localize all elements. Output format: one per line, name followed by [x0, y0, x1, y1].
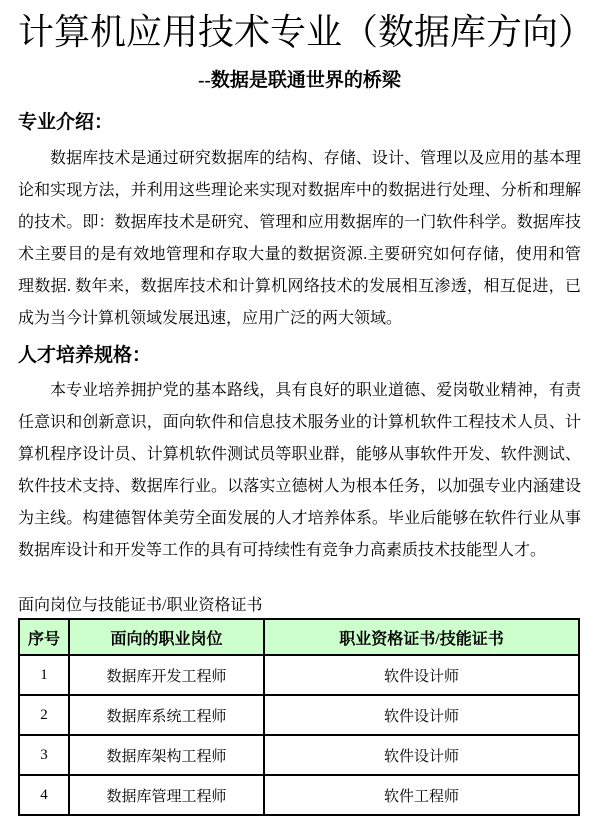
cell-job: 数据库架构工程师 [69, 735, 264, 775]
cell-index: 3 [19, 735, 69, 775]
section-heading-training: 人才培养规格： [18, 343, 581, 369]
page-subtitle: --数据是联通世界的桥梁 [18, 68, 581, 94]
jobs-certificates-table: 序号 面向的职业岗位 职业资格证书/技能证书 1 数据库开发工程师 软件设计师 … [18, 618, 580, 816]
cell-job: 数据库管理工程师 [69, 775, 264, 815]
cell-certificate: 软件设计师 [264, 735, 579, 775]
table-header-row: 序号 面向的职业岗位 职业资格证书/技能证书 [19, 619, 579, 655]
header-cell-certificate: 职业资格证书/技能证书 [264, 619, 579, 655]
cell-certificate: 软件设计师 [264, 695, 579, 735]
cell-index: 1 [19, 655, 69, 695]
header-cell-index: 序号 [19, 619, 69, 655]
table-row: 1 数据库开发工程师 软件设计师 [19, 655, 579, 695]
table-row: 2 数据库系统工程师 软件设计师 [19, 695, 579, 735]
page-title: 计算机应用技术专业（数据库方向） [18, 8, 581, 56]
section-heading-intro: 专业介绍： [18, 110, 581, 136]
document-page: 计算机应用技术专业（数据库方向） --数据是联通世界的桥梁 专业介绍： 数据库技… [0, 0, 599, 828]
cell-job: 数据库系统工程师 [69, 695, 264, 735]
cell-index: 4 [19, 775, 69, 815]
jobs-table-caption: 面向岗位与技能证书/职业资格证书 [18, 595, 581, 617]
table-row: 4 数据库管理工程师 软件工程师 [19, 775, 579, 815]
intro-paragraph: 数据库技术是通过研究数据库的结构、存储、设计、管理以及应用的基本理论和实现方法，… [18, 143, 581, 335]
cell-job: 数据库开发工程师 [69, 655, 264, 695]
cell-certificate: 软件设计师 [264, 655, 579, 695]
training-paragraph: 本专业培养拥护党的基本路线，具有良好的职业道德、爱岗敬业精神，有责任意识和创新意… [18, 375, 581, 567]
header-cell-job: 面向的职业岗位 [69, 619, 264, 655]
table-row: 3 数据库架构工程师 软件设计师 [19, 735, 579, 775]
cell-certificate: 软件工程师 [264, 775, 579, 815]
cell-index: 2 [19, 695, 69, 735]
